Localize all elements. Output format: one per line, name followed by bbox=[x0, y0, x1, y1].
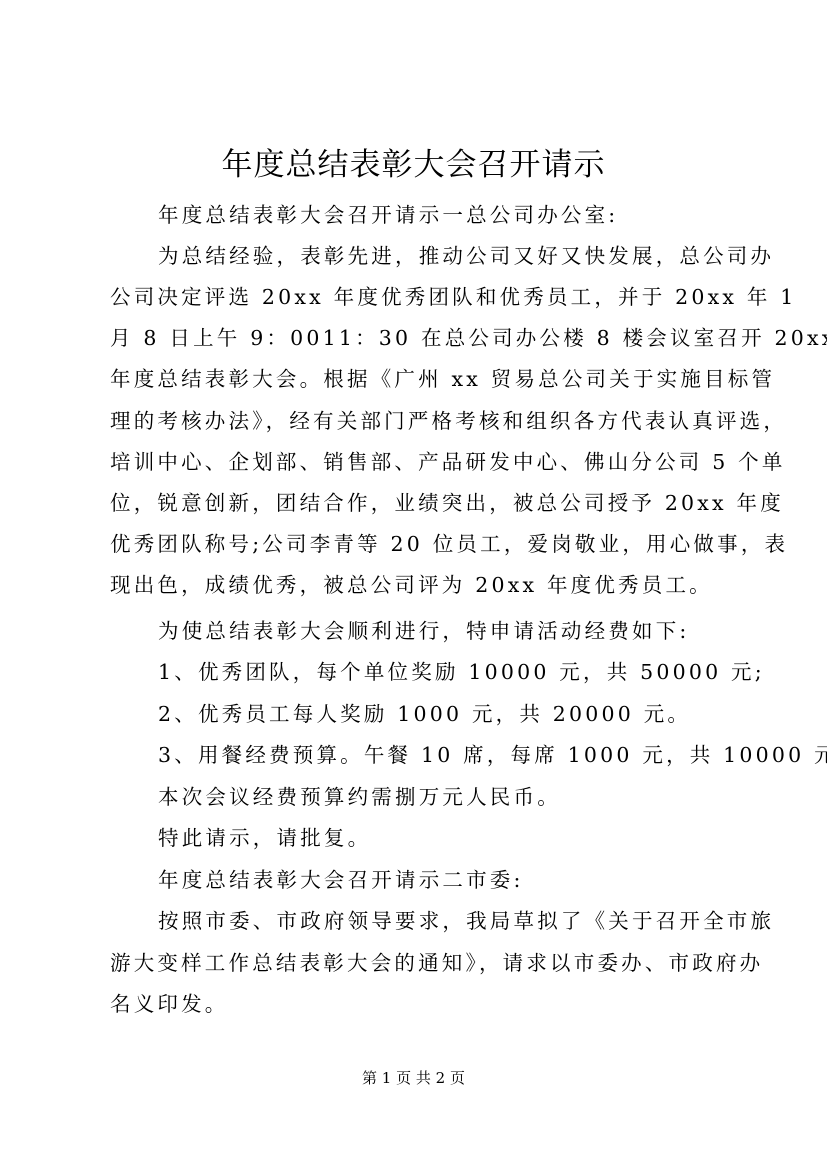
list-item-2: 2、优秀员工每人奖励 1000 元，共 20000 元。 bbox=[158, 700, 691, 728]
list-item-3: 3、用餐经费预算。午餐 10 席，每席 1000 元，共 10000 元。 bbox=[158, 741, 827, 769]
paragraph-line: 游大变样工作总结表彰大会的通知》，请求以市委办、市政府办 bbox=[110, 949, 763, 977]
paragraph-line: 本次会议经费预算约需捌万元人民币。 bbox=[158, 783, 561, 811]
paragraph-line: 年度总结表彰大会。根据《广州 xx 贸易总公司关于实施目标管 bbox=[110, 365, 775, 393]
paragraph-line: 为使总结表彰大会顺利进行，特申请活动经费如下: bbox=[158, 617, 690, 645]
paragraph-line: 公司决定评选 20xx 年度优秀团队和优秀员工，并于 20xx 年 1 bbox=[110, 283, 797, 311]
document-page: 年度总结表彰大会召开请示 年度总结表彰大会召开请示一总公司办公室: 为总结经验，… bbox=[0, 0, 827, 1170]
salutation-2: 年度总结表彰大会召开请示二市委: bbox=[158, 866, 524, 894]
paragraph-line: 位，锐意创新，团结合作，业绩突出，被总公司授予 20xx 年度 bbox=[110, 489, 784, 517]
paragraph-line: 按照市委、市政府领导要求，我局草拟了《关于召开全市旅 bbox=[158, 907, 774, 935]
list-item-1: 1、优秀团队，每个单位奖励 10000 元，共 50000 元; bbox=[158, 658, 765, 686]
closing-line: 特此请示，请批复。 bbox=[158, 824, 371, 852]
document-title: 年度总结表彰大会召开请示 bbox=[0, 143, 827, 187]
paragraph-line: 现出色，成绩优秀，被总公司评为 20xx 年度优秀员工。 bbox=[110, 571, 713, 599]
paragraph-line: 理的考核办法》，经有关部门严格考核和组织各方代表认真评选， bbox=[110, 407, 787, 435]
paragraph-line: 名义印发。 bbox=[110, 990, 229, 1018]
paragraph-line: 培训中心、企划部、销售部、产品研发中心、佛山分公司 5 个单 bbox=[110, 448, 786, 476]
page-footer: 第 1 页 共 2 页 bbox=[0, 1068, 827, 1088]
paragraph-line: 月 8 日上午 9：0011：30 在总公司办公楼 8 楼会议室召开 20xx bbox=[110, 324, 827, 352]
salutation-1: 年度总结表彰大会召开请示一总公司办公室: bbox=[158, 201, 618, 229]
paragraph-line: 为总结经验，表彰先进，推动公司又好又快发展，总公司办 bbox=[158, 242, 774, 270]
paragraph-line: 优秀团队称号;公司李青等 20 位员工，爱岗敬业，用心做事，表 bbox=[110, 530, 788, 558]
